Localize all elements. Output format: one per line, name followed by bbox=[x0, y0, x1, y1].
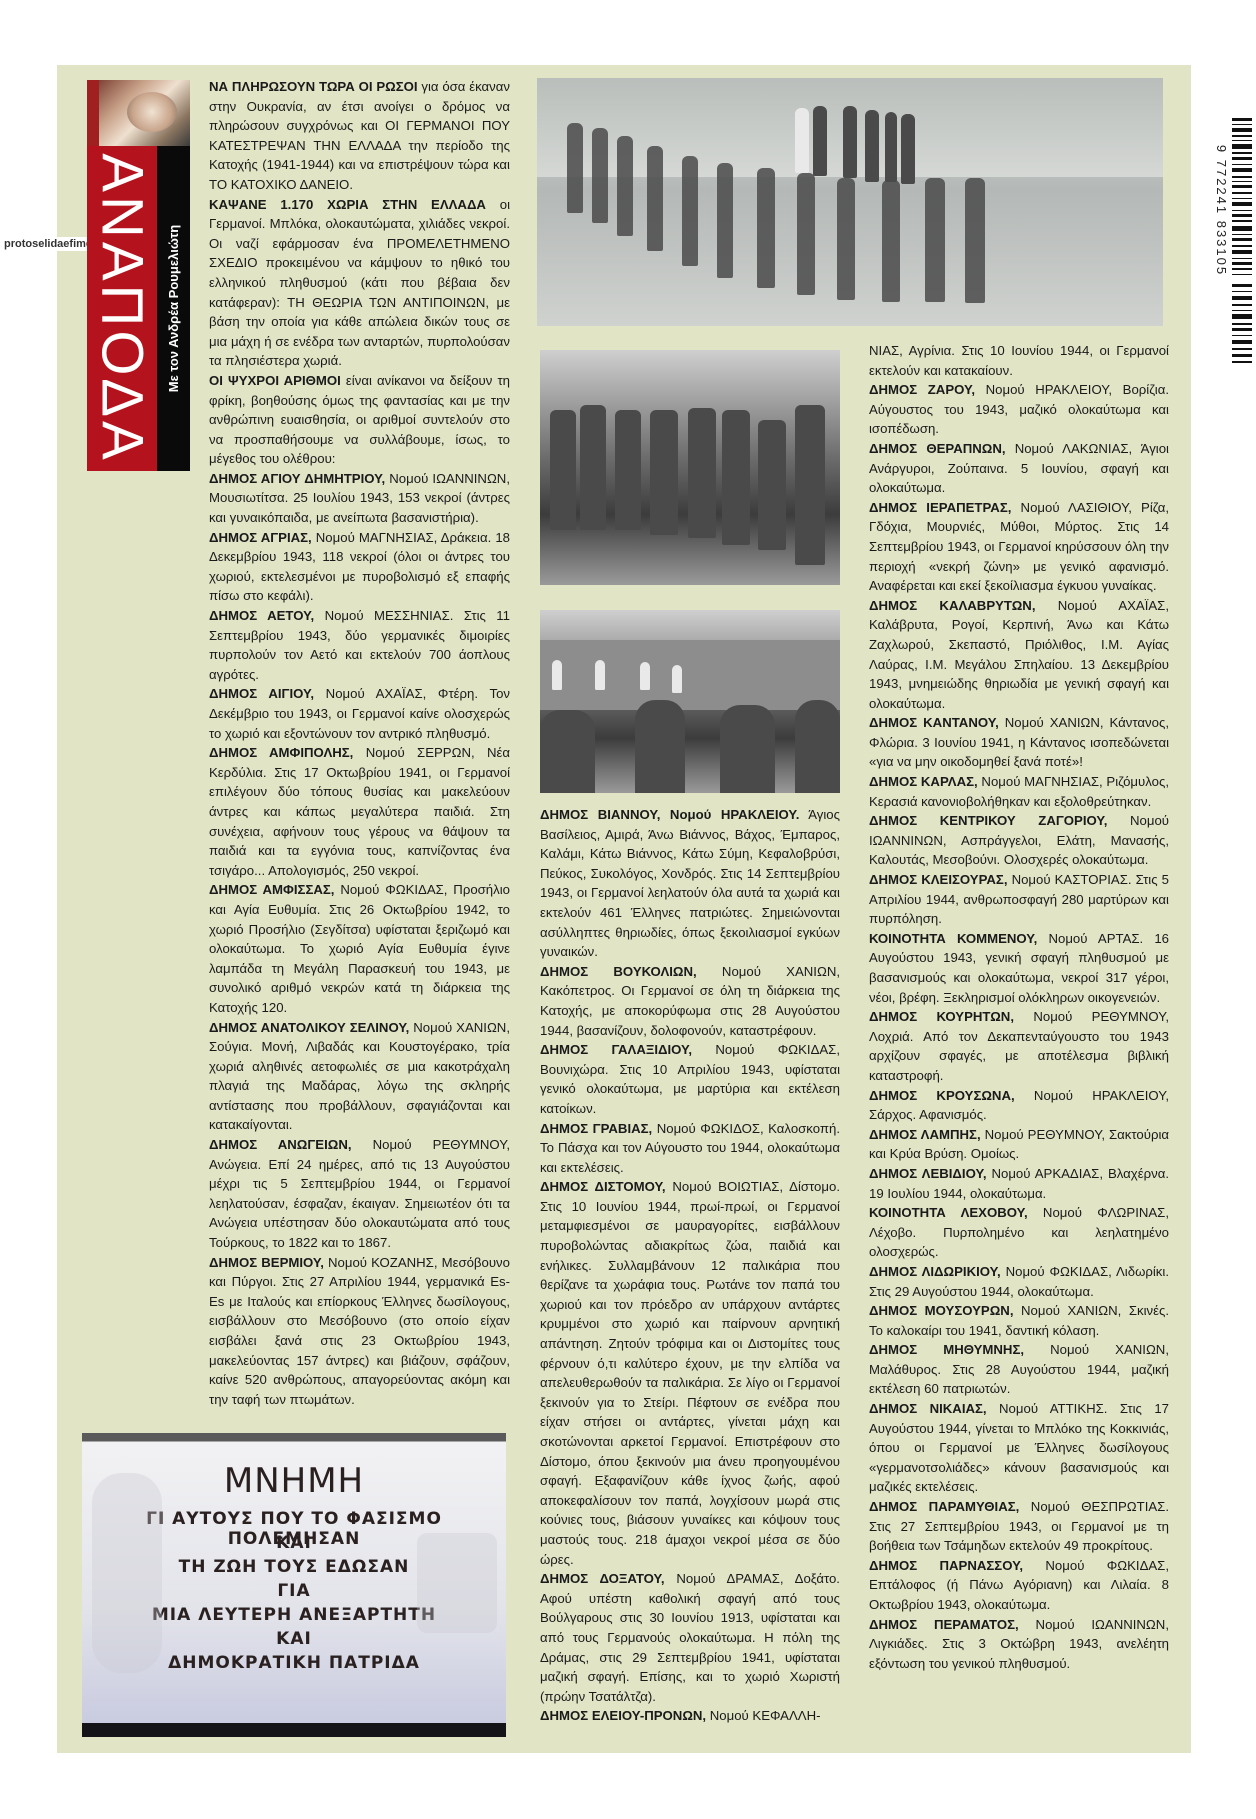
entry-text: Νομού ΧΑΝΙΩΝ, Σούγια. Μονή, Λιβαδάς και … bbox=[209, 1020, 510, 1133]
entry-paragraph: ΔΗΜΟΣ ΘΕΡΑΠΝΩΝ, Νομού ΛΑΚΩΝΙΑΣ, Άγιοι Αν… bbox=[869, 439, 1169, 498]
entry-paragraph: ΔΗΜΟΣ ΑΝΑΤΟΛΙΚΟΥ ΣΕΛΙΝΟΥ, Νομού ΧΑΝΙΩΝ, … bbox=[209, 1018, 510, 1136]
entry-heading: ΔΗΜΟΣ ΒΟΥΚΟΛΙΩΝ, bbox=[540, 964, 697, 979]
entry-paragraph: ΔΗΜΟΣ ΝΙΚΑΙΑΣ, Νομού ΑΤΤΙΚΗΣ. Στις 17 Αυ… bbox=[869, 1399, 1169, 1497]
entry-heading: ΔΗΜΟΣ ΔΟΞΑΤΟΥ, bbox=[540, 1571, 665, 1586]
entry-paragraph: ΔΗΜΟΣ ΚΛΕΙΣΟΥΡΑΣ, Νομού ΚΑΣΤΟΡΙΑΣ. Στις … bbox=[869, 870, 1169, 929]
entry-heading: ΔΗΜΟΣ ΝΙΚΑΙΑΣ, bbox=[869, 1401, 987, 1416]
entry-heading: ΔΗΜΟΣ ΒΕΡΜΙΟΥ, bbox=[209, 1255, 324, 1270]
entry-paragraph: ΔΗΜΟΣ ΜΟΥΣΟΥΡΩΝ, Νομού ΧΑΝΙΩΝ, Σκινές. Τ… bbox=[869, 1301, 1169, 1340]
entry-paragraph: ΔΗΜΟΣ ΖΑΡΟΥ, Νομού ΗΡΑΚΛΕΙΟΥ, Βορίζια. Α… bbox=[869, 380, 1169, 439]
entry-text: Νομού ΦΩΚΙΔΑΣ, Προσήλιο και Αγία Ευθυμία… bbox=[209, 882, 510, 1015]
entry-text: Νομού ΣΕΡΡΩΝ, Νέα Κερδύλια. Στις 17 Οκτω… bbox=[209, 745, 510, 878]
article-column-2: ΔΗΜΟΣ ΒΙΑΝΝΟΥ, Νομού ΗΡΑΚΛΕΙΟΥ. Άγιος Βα… bbox=[540, 805, 840, 1726]
entry-heading: ΔΗΜΟΣ ΑΓΡΙΑΣ, bbox=[209, 530, 312, 545]
entry-heading: ΟΙ ΨΥΧΡΟΙ ΑΡΙΘΜΟΙ bbox=[209, 373, 341, 388]
entry-paragraph: ΔΗΜΟΣ ΚΑΝΤΑΝΟΥ, Νομού ΧΑΝΙΩΝ, Κάντανος, … bbox=[869, 713, 1169, 772]
entry-paragraph: ΔΗΜΟΣ ΠΑΡΑΜΥΘΙΑΣ, Νομού ΘΕΣΠΡΩΤΙΑΣ. Στις… bbox=[869, 1497, 1169, 1556]
entry-paragraph: ΔΗΜΟΣ ΓΡΑΒΙΑΣ, Νομού ΦΩΚΙΔΟΣ, Καλοσκοπή.… bbox=[540, 1119, 840, 1178]
soldiers-over-bodies-photo bbox=[540, 350, 840, 585]
entry-heading: ΚΑΨΑΝΕ 1.170 ΧΩΡΙΑ ΣΤΗΝ ΕΛΛΑΔΑ bbox=[209, 197, 486, 212]
barcode-digits: 9 772241 833105 bbox=[1213, 100, 1231, 320]
entry-heading: ΔΗΜΟΣ ΓΡΑΒΙΑΣ, bbox=[540, 1121, 652, 1136]
entry-text: Νομού ΒΟΙΩΤΙΑΣ, Δίστομο. Στις 10 Ιουνίου… bbox=[540, 1179, 840, 1566]
entry-heading: ΔΗΜΟΣ ΓΑΛΑΞΙΔΙΟΥ, bbox=[540, 1042, 692, 1057]
entry-heading: ΔΗΜΟΣ ΚΟΥΡΗΤΩΝ, bbox=[869, 1009, 1014, 1024]
entry-paragraph: ΝΙΑΣ, Αγρίνια. Στις 10 Ιουνίου 1944, οι … bbox=[869, 341, 1169, 380]
execution-wall-photo bbox=[540, 610, 840, 793]
memorial-plaque-photo: ΜΝΗΜΗ ΓΙ ΑΥΤΟΥΣ ΠΟΥ ΤΟ ΦΑΣΙΣΜΟ ΠΟΛΕΜΗΣΑΝ… bbox=[82, 1433, 506, 1737]
entry-paragraph: ΚΑΨΑΝΕ 1.170 ΧΩΡΙΑ ΣΤΗΝ ΕΛΛΑΔΑ οι Γερμαν… bbox=[209, 195, 510, 371]
entry-paragraph: ΔΗΜΟΣ ΔΟΞΑΤΟΥ, Νομού ΔΡΑΜΑΣ, Δοξάτο. Αφο… bbox=[540, 1569, 840, 1706]
entry-heading: ΔΗΜΟΣ ΚΑΝΤΑΝΟΥ, bbox=[869, 715, 999, 730]
entry-heading: ΚΟΙΝΟΤΗΤΑ ΚΟΜΜΕΝΟΥ, bbox=[869, 931, 1037, 946]
entry-text: Νομού ΡΕΘΥΜΝΟΥ, Ανώγεια. Επί 24 ημέρες, … bbox=[209, 1137, 510, 1250]
entry-paragraph: ΔΗΜΟΣ ΑΜΦΙΠΟΛΗΣ, Νομού ΣΕΡΡΩΝ, Νέα Κερδύ… bbox=[209, 743, 510, 880]
entry-paragraph: ΔΗΜΟΣ ΠΑΡΝΑΣΣΟΥ, Νομού ΦΩΚΙΔΑΣ, Επτάλοφο… bbox=[869, 1556, 1169, 1615]
entry-paragraph: ΚΟΙΝΟΤΗΤΑ ΚΟΜΜΕΝΟΥ, Νομού ΑΡΤΑΣ. 16 Αυγο… bbox=[869, 929, 1169, 1007]
entry-paragraph: ΟΙ ΨΥΧΡΟΙ ΑΡΙΘΜΟΙ είναι ανίκανοι να δείξ… bbox=[209, 371, 510, 469]
entry-heading: ΔΗΜΟΣ ΑΜΦΙΠΟΛΗΣ, bbox=[209, 745, 353, 760]
entry-paragraph: ΔΗΜΟΣ ΑΓΡΙΑΣ, Νομού ΜΑΓΝΗΣΙΑΣ, Δράκεια. … bbox=[209, 528, 510, 606]
entry-paragraph: ΔΗΜΟΣ ΛΑΜΠΗΣ, Νομού ΡΕΘΥΜΝΟΥ, Σακτούρια … bbox=[869, 1125, 1169, 1164]
entry-heading: ΔΗΜΟΣ ΚΕΝΤΡΙΚΟΥ ΖΑΓΟΡΙΟΥ, bbox=[869, 813, 1107, 828]
entry-heading: ΔΗΜΟΣ ΚΑΛΑΒΡΥΤΩΝ, bbox=[869, 598, 1036, 613]
entry-paragraph: ΔΗΜΟΣ ΚΟΥΡΗΤΩΝ, Νομού ΡΕΘΥΜΝΟΥ, Λοχριά. … bbox=[869, 1007, 1169, 1085]
entry-paragraph: ΝΑ ΠΛΗΡΩΣΟΥΝ ΤΩΡΑ ΟΙ ΡΩΣΟΙ για όσα έκανα… bbox=[209, 77, 510, 195]
entry-heading: ΔΗΜΟΣ ΒΙΑΝΝΟΥ, Νομού ΗΡΑΚΛΕΙΟΥ. bbox=[540, 807, 799, 822]
entry-paragraph: ΚΟΙΝΟΤΗΤΑ ΛΕΧΟΒΟΥ, Νομού ΦΛΩΡΙΝΑΣ, Λέχοβ… bbox=[869, 1203, 1169, 1262]
entry-heading: ΔΗΜΟΣ ΕΛΕΙΟΥ-ΠΡΟΝΩΝ, bbox=[540, 1708, 706, 1723]
entry-paragraph: ΔΗΜΟΣ ΑΙΓΙΟΥ, Νομού ΑΧΑΪΑΣ, Φτέρη. Τον Δ… bbox=[209, 684, 510, 743]
entry-paragraph: ΔΗΜΟΣ ΛΙΔΩΡΙΚΙΟΥ, Νομού ΦΩΚΙΔΑΣ, Λιδωρίκ… bbox=[869, 1262, 1169, 1301]
entry-heading: ΔΗΜΟΣ ΜΟΥΣΟΥΡΩΝ, bbox=[869, 1303, 1014, 1318]
entry-paragraph: ΔΗΜΟΣ ΑΕΤΟΥ, Νομού ΜΕΣΣΗΝΙΑΣ. Στις 11 Σε… bbox=[209, 606, 510, 684]
entry-paragraph: ΔΗΜΟΣ ΒΟΥΚΟΛΙΩΝ, Νομού ΧΑΝΙΩΝ, Κακόπετρο… bbox=[540, 962, 840, 1040]
entry-heading: ΔΗΜΟΣ ΑΙΓΙΟΥ, bbox=[209, 686, 314, 701]
entry-heading: ΝΑ ΠΛΗΡΩΣΟΥΝ ΤΩΡΑ ΟΙ ΡΩΣΟΙ bbox=[209, 79, 418, 94]
article-column-3: ΝΙΑΣ, Αγρίνια. Στις 10 Ιουνίου 1944, οι … bbox=[869, 341, 1169, 1673]
entry-heading: ΔΗΜΟΣ ΑΝΑΤΟΛΙΚΟΥ ΣΕΛΙΝΟΥ, bbox=[209, 1020, 409, 1035]
entry-paragraph: ΔΗΜΟΣ ΠΕΡΑΜΑΤΟΣ, Νομού ΙΩΑΝΝΙΝΩΝ, Λιγκιά… bbox=[869, 1615, 1169, 1674]
entry-heading: ΔΗΜΟΣ ΙΕΡΑΠΕΤΡΑΣ, bbox=[869, 500, 1011, 515]
entry-paragraph: ΔΗΜΟΣ ΑΝΩΓΕΙΩΝ, Νομού ΡΕΘΥΜΝΟΥ, Ανώγεια.… bbox=[209, 1135, 510, 1253]
entry-paragraph: ΔΗΜΟΣ ΚΑΛΑΒΡΥΤΩΝ, Νομού ΑΧΑΪΑΣ, Καλάβρυτ… bbox=[869, 596, 1169, 714]
article-column-1: ΝΑ ΠΛΗΡΩΣΟΥΝ ΤΩΡΑ ΟΙ ΡΩΣΟΙ για όσα έκανα… bbox=[209, 77, 510, 1409]
entry-paragraph: ΔΗΜΟΣ ΓΑΛΑΞΙΔΙΟΥ, Νομού ΦΩΚΙΔΑΣ, Βουνιχώ… bbox=[540, 1040, 840, 1118]
entry-paragraph: ΔΗΜΟΣ ΚΑΡΛΑΣ, Νομού ΜΑΓΝΗΣΙΑΣ, Ριζόμυλος… bbox=[869, 772, 1169, 811]
entry-heading: ΔΗΜΟΣ ΑΝΩΓΕΙΩΝ, bbox=[209, 1137, 352, 1152]
entry-paragraph: ΔΗΜΟΣ ΒΕΡΜΙΟΥ, Νομού ΚΟΖΑΝΗΣ, Μεσόβουνο … bbox=[209, 1253, 510, 1410]
entry-text: ΝΙΑΣ, Αγρίνια. Στις 10 Ιουνίου 1944, οι … bbox=[869, 343, 1169, 378]
entry-heading: ΔΗΜΟΣ ΚΡΟΥΣΩΝΑ, bbox=[869, 1088, 1015, 1103]
column-title: ΑΝΑΠΟΔΑ bbox=[87, 146, 157, 471]
entry-heading: ΔΗΜΟΣ ΚΛΕΙΣΟΥΡΑΣ, bbox=[869, 872, 1008, 887]
entry-text: Νομού ΔΡΑΜΑΣ, Δοξάτο. Αφού υπέστη καθολι… bbox=[540, 1571, 840, 1704]
entry-paragraph: ΔΗΜΟΣ ΒΙΑΝΝΟΥ, Νομού ΗΡΑΚΛΕΙΟΥ. Άγιος Βα… bbox=[540, 805, 840, 962]
entry-heading: ΔΗΜΟΣ ΑΜΦΙΣΣΑΣ, bbox=[209, 882, 334, 897]
entry-heading: ΔΗΜΟΣ ΛΕΒΙΔΙΟΥ, bbox=[869, 1166, 986, 1181]
entry-heading: ΔΗΜΟΣ ΘΕΡΑΠΝΩΝ, bbox=[869, 441, 1006, 456]
entry-paragraph: ΔΗΜΟΣ ΕΛΕΙΟΥ-ΠΡΟΝΩΝ, Νομού ΚΕΦΑΛΛΗ- bbox=[540, 1706, 840, 1726]
entry-heading: ΔΗΜΟΣ ΖΑΡΟΥ, bbox=[869, 382, 975, 397]
entry-heading: ΔΗΜΟΣ ΔΙΣΤΟΜΟΥ, bbox=[540, 1179, 666, 1194]
entry-paragraph: ΔΗΜΟΣ ΔΙΣΤΟΜΟΥ, Νομού ΒΟΙΩΤΙΑΣ, Δίστομο.… bbox=[540, 1177, 840, 1569]
entry-heading: ΔΗΜΟΣ ΠΑΡΑΜΥΘΙΑΣ, bbox=[869, 1499, 1019, 1514]
column-byline: Με τον Ανδρέα Ρουμελιώτη bbox=[157, 146, 190, 471]
entry-paragraph: ΔΗΜΟΣ ΑΜΦΙΣΣΑΣ, Νομού ΦΩΚΙΔΑΣ, Προσήλιο … bbox=[209, 880, 510, 1017]
entry-text: Νομού ΚΕΦΑΛΛΗ- bbox=[706, 1708, 820, 1723]
entry-paragraph: ΔΗΜΟΣ ΚΡΟΥΣΩΝΑ, Νομού ΗΡΑΚΛΕΙΟΥ, Σάρχος.… bbox=[869, 1086, 1169, 1125]
entry-heading: ΔΗΜΟΣ ΠΕΡΑΜΑΤΟΣ, bbox=[869, 1617, 1019, 1632]
entry-text: Άγιος Βασίλειος, Αμιρά, Άνω Βιάννος, Βάχ… bbox=[540, 807, 840, 959]
entry-paragraph: ΔΗΜΟΣ ΚΕΝΤΡΙΚΟΥ ΖΑΓΟΡΙΟΥ, Νομού ΙΩΑΝΝΙΝΩ… bbox=[869, 811, 1169, 870]
entry-paragraph: ΔΗΜΟΣ ΜΗΘΥΜΝΗΣ, Νομού ΧΑΝΙΩΝ, Μαλάθυρος.… bbox=[869, 1340, 1169, 1399]
entry-text: Νομού ΚΟΖΑΝΗΣ, Μεσόβουνο και Πύργοι. Στι… bbox=[209, 1255, 510, 1407]
entry-text: για όσα έκαναν στην Ουκρανία, αν έτσι αν… bbox=[209, 79, 510, 192]
entry-paragraph: ΔΗΜΟΣ ΛΕΒΙΔΙΟΥ, Νομού ΑΡΚΑΔΙΑΣ, Βλαχέρνα… bbox=[869, 1164, 1169, 1203]
entry-heading: ΔΗΜΟΣ ΚΑΡΛΑΣ, bbox=[869, 774, 978, 789]
entry-heading: ΔΗΜΟΣ ΑΕΤΟΥ, bbox=[209, 608, 314, 623]
entry-heading: ΔΗΜΟΣ ΛΑΜΠΗΣ, bbox=[869, 1127, 981, 1142]
entry-heading: ΔΗΜΟΣ ΛΙΔΩΡΙΚΙΟΥ, bbox=[869, 1264, 1001, 1279]
entry-heading: ΔΗΜΟΣ ΠΑΡΝΑΣΣΟΥ, bbox=[869, 1558, 1023, 1573]
entry-text: Νομού ΑΧΑΪΑΣ, Καλάβρυτα, Ρογοί, Κερπινή,… bbox=[869, 598, 1169, 711]
entry-heading: ΚΟΙΝΟΤΗΤΑ ΛΕΧΟΒΟΥ, bbox=[869, 1205, 1028, 1220]
entry-text: οι Γερμανοί. Μπλόκα, ολοκαυτώματα, χιλιά… bbox=[209, 197, 510, 369]
entry-heading: ΔΗΜΟΣ ΜΗΘΥΜΝΗΣ, bbox=[869, 1342, 1024, 1357]
columnist-portrait bbox=[87, 80, 190, 146]
entry-heading: ΔΗΜΟΣ ΑΓΙΟΥ ΔΗΜΗΤΡΙΟΥ, bbox=[209, 471, 385, 486]
firing-squad-photo bbox=[537, 78, 1163, 326]
entry-paragraph: ΔΗΜΟΣ ΙΕΡΑΠΕΤΡΑΣ, Νομού ΛΑΣΙΘΙΟΥ, Ρίζα, … bbox=[869, 498, 1169, 596]
barcode-icon bbox=[1230, 118, 1254, 368]
entry-paragraph: ΔΗΜΟΣ ΑΓΙΟΥ ΔΗΜΗΤΡΙΟΥ, Νομού ΙΩΑΝΝΙΝΩΝ, … bbox=[209, 469, 510, 528]
